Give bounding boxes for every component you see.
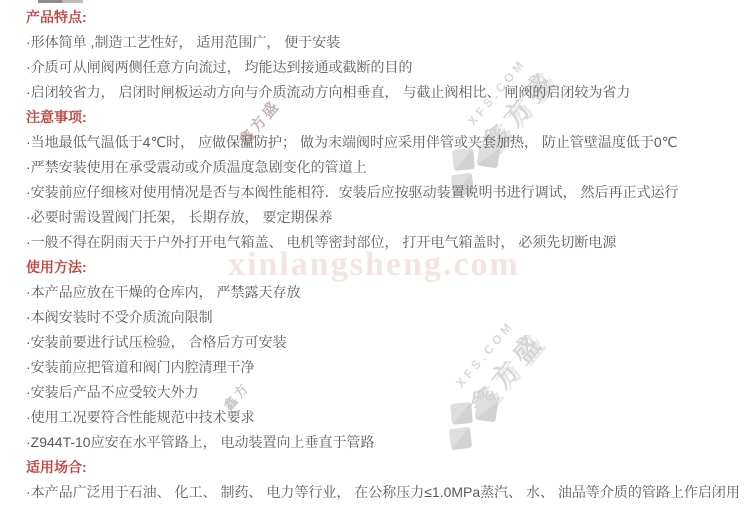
text-line: ·本产品广泛用于石油、 化工、 制药、 电力等行业， 在公称压力≤1.0MPa蒸… bbox=[26, 480, 736, 505]
text-line: ·安装前应把管道和阀门内腔清理干净 bbox=[26, 355, 736, 380]
cropped-element-fragment bbox=[38, 0, 83, 3]
section-title: 注意事项: bbox=[26, 105, 736, 130]
text-line: ·安装后产品不应受较大外力 bbox=[26, 380, 736, 405]
text-line: ·安装前应仔细核对使用情况是否与本阀性能相符．安装后应按驱动装置说明书进行调试，… bbox=[26, 180, 736, 205]
product-description-page: xinlangsheng.com XFS.COM 鑫方盛 XFS.COM 鑫方盛… bbox=[0, 0, 750, 523]
text-line: ·本产品应放在干燥的仓库内， 严禁露天存放 bbox=[26, 280, 736, 305]
text-line: ·启闭较省力， 启闭时闸板运动方向与介质流动方向相垂直， 与截止阀相比、 闸阀的… bbox=[26, 80, 736, 105]
text-line: ·一般不得在阴雨天于户外打开电气箱盖、 电机等密封部位， 打开电气箱盖时， 必须… bbox=[26, 230, 736, 255]
text-line: ·Z944T-10应安在水平管路上， 电动装置向上垂直于管路 bbox=[26, 430, 736, 455]
text-line: ·当地最低气温低于4℃时， 应做保温防护； 做为末端阀时应采用伴管或夹套加热， … bbox=[26, 130, 736, 155]
text-line: ·使用工况要符合性能规范中技术要求 bbox=[26, 405, 736, 430]
text-line: ·严禁安装使用在承受震动或介质温度急剧变化的管道上 bbox=[26, 155, 736, 180]
section-title: 使用方法: bbox=[26, 255, 736, 280]
section-title: 产品特点: bbox=[26, 5, 736, 30]
text-line: ·必要时需设置阀门托架， 长期存放， 要定期保养 bbox=[26, 205, 736, 230]
text-line: ·形体简单 ,制造工艺性好， 适用范围广， 便于安装 bbox=[26, 30, 736, 55]
text-line: ·本阀安装时不受介质流向限制 bbox=[26, 305, 736, 330]
content: 产品特点:·形体简单 ,制造工艺性好， 适用范围广， 便于安装·介质可从闸阀两侧… bbox=[26, 5, 736, 505]
section-title: 适用场合: bbox=[26, 455, 736, 480]
text-line: ·安装前要进行试压检验， 合格后方可安装 bbox=[26, 330, 736, 355]
text-line: ·介质可从闸阀两侧任意方向流过， 均能达到接通或截断的目的 bbox=[26, 55, 736, 80]
